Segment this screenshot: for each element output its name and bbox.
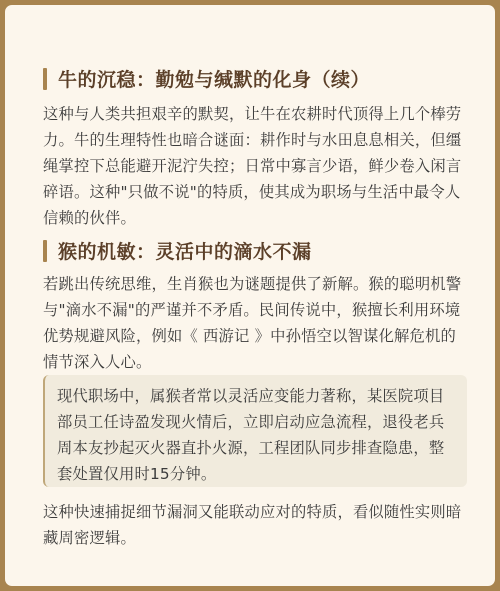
heading-accent-bar [43,240,47,262]
article-card: 牛的沉稳：勤勉与缄默的化身（续） 这种与人类共担艰辛的默契，让牛在农耕时代顶得上… [0,0,500,591]
heading-text: 猴的机敏：灵活中的滴水不漏 [58,237,312,264]
heading-accent-bar [43,68,47,90]
callout-text: 现代职场中，属猴者常以灵活应变能力著称，某医院项目部员工任诗盈发现火情后，立即启… [57,383,455,487]
heading-text: 牛的沉稳：勤勉与缄默的化身（续） [58,65,370,92]
paragraph-monkey: 若跳出传统思维，生肖猴也为谜题提供了新解。猴的聪明机警与"滴水不漏"的严谨并不矛… [43,271,469,375]
callout-quote: 现代职场中，属猴者常以灵活应变能力著称，某医院项目部员工任诗盈发现火情后，立即启… [43,375,467,487]
paragraph-closing: 这种快速捕捉细节漏洞又能联动应对的特质，看似随性实则暗藏周密逻辑。 [43,499,469,551]
section-heading-monkey: 猴的机敏：灵活中的滴水不漏 [43,237,312,264]
paragraph-ox: 这种与人类共担艰辛的默契，让牛在农耕时代顶得上几个棒劳力。牛的生理特性也暗合谜面… [43,101,469,231]
section-heading-ox: 牛的沉稳：勤勉与缄默的化身（续） [43,65,370,92]
